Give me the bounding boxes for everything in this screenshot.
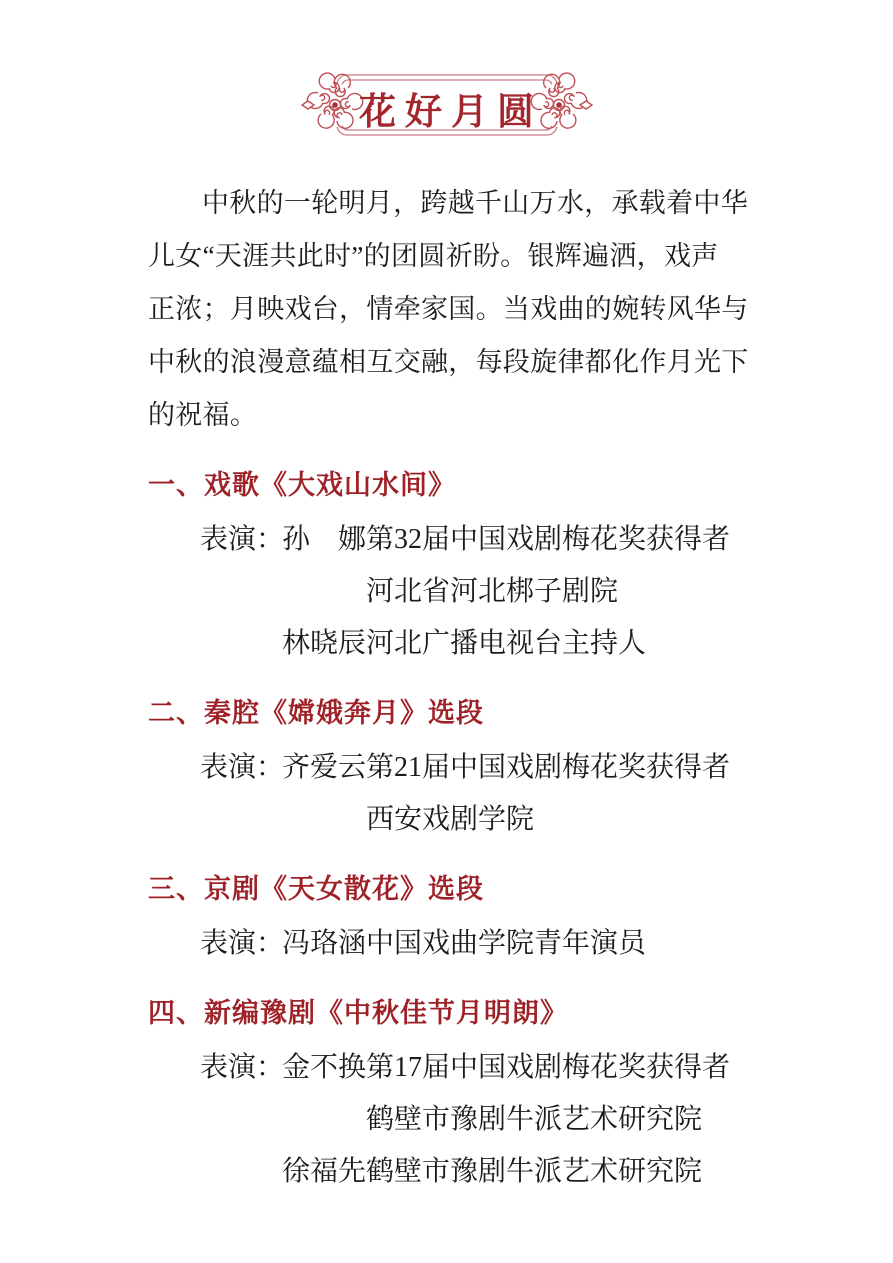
performer-label — [200, 566, 282, 618]
program-item-title: 二、秦腔《嫦娥奔月》选段 — [148, 696, 752, 730]
performer-name — [282, 566, 366, 618]
performer-row: 河北省河北梆子剧院 — [148, 566, 752, 618]
intro-line: 中秋的浪漫意蕴相互交融，每段旋律都化作月光下 — [148, 336, 752, 389]
performer-row: 林晓辰 河北广播电视台主持人 — [148, 618, 752, 670]
program-item-title: 一、戏歌《大戏山水间》 — [148, 468, 752, 502]
page-title: 花好月圆 — [297, 81, 597, 135]
performer-row: 鹤壁市豫剧牛派艺术研究院 — [148, 1094, 752, 1146]
intro-line: 的祝福。 — [148, 389, 752, 442]
performer-affiliation: 第21届中国戏剧梅花奖获得者 — [366, 742, 730, 794]
program-item-1: 一、戏歌《大戏山水间》 表演： 孙 娜 第32届中国戏剧梅花奖获得者 河北省河北… — [148, 468, 752, 670]
performer-label: 表演： — [200, 918, 282, 970]
performer-affiliation: 第17届中国戏剧梅花奖获得者 — [366, 1042, 730, 1094]
performer-label — [200, 1094, 282, 1146]
performer-label: 表演： — [200, 742, 282, 794]
content-column: 中秋的一轮明月，跨越千山万水，承载着中华 儿女“天涯共此时”的团圆祈盼。银辉遍洒… — [148, 177, 752, 1198]
performer-affiliation: 河北省河北梆子剧院 — [366, 566, 618, 618]
intro-line: 儿女“天涯共此时”的团圆祈盼。银辉遍洒，戏声 — [148, 230, 752, 283]
intro-line: 正浓；月映戏台，情牵家国。当戏曲的婉转风华与 — [148, 283, 752, 336]
performer-name: 冯珞涵 — [282, 918, 366, 970]
performer-name — [282, 794, 366, 846]
performer-affiliation: 河北广播电视台主持人 — [366, 618, 646, 670]
performer-row: 表演： 冯珞涵 中国戏曲学院青年演员 — [148, 918, 752, 970]
program-item-2: 二、秦腔《嫦娥奔月》选段 表演： 齐爱云 第21届中国戏剧梅花奖获得者 西安戏剧… — [148, 696, 752, 846]
program-page: 花好月圆 中秋的一轮明月，跨越千山万水，承载着中华 儿女“天涯共此时”的团圆祈盼… — [0, 0, 893, 1263]
performer-row: 表演： 孙 娜 第32届中国戏剧梅花奖获得者 — [148, 514, 752, 566]
performer-name — [282, 1094, 366, 1146]
performer-name: 金不换 — [282, 1042, 366, 1094]
performer-name: 齐爱云 — [282, 742, 366, 794]
performer-row: 表演： 金不换 第17届中国戏剧梅花奖获得者 — [148, 1042, 752, 1094]
performer-affiliation: 鹤壁市豫剧牛派艺术研究院 — [366, 1094, 702, 1146]
performer-label: 表演： — [200, 514, 282, 566]
performer-name: 孙 娜 — [282, 514, 366, 566]
performer-name: 徐福先 — [282, 1146, 366, 1198]
performer-affiliation: 中国戏曲学院青年演员 — [366, 918, 646, 970]
performer-row: 表演： 齐爱云 第21届中国戏剧梅花奖获得者 — [148, 742, 752, 794]
performer-label — [200, 1146, 282, 1198]
performer-affiliation: 第32届中国戏剧梅花奖获得者 — [366, 514, 730, 566]
performer-label: 表演： — [200, 1042, 282, 1094]
performer-label — [200, 794, 282, 846]
program-item-4: 四、新编豫剧《中秋佳节月明朗》 表演： 金不换 第17届中国戏剧梅花奖获得者 鹤… — [148, 996, 752, 1198]
performer-label — [200, 618, 282, 670]
title-banner: 花好月圆 — [297, 66, 597, 144]
performer-row: 西安戏剧学院 — [148, 794, 752, 846]
program-item-3: 三、京剧《天女散花》选段 表演： 冯珞涵 中国戏曲学院青年演员 — [148, 872, 752, 970]
performer-affiliation: 西安戏剧学院 — [366, 794, 534, 846]
program-item-title: 四、新编豫剧《中秋佳节月明朗》 — [148, 996, 752, 1030]
performer-affiliation: 鹤壁市豫剧牛派艺术研究院 — [366, 1146, 702, 1198]
intro-paragraph: 中秋的一轮明月，跨越千山万水，承载着中华 儿女“天涯共此时”的团圆祈盼。银辉遍洒… — [148, 177, 752, 442]
intro-line: 中秋的一轮明月，跨越千山万水，承载着中华 — [148, 177, 752, 230]
program-item-title: 三、京剧《天女散花》选段 — [148, 872, 752, 906]
performer-row: 徐福先 鹤壁市豫剧牛派艺术研究院 — [148, 1146, 752, 1198]
performer-name: 林晓辰 — [282, 618, 366, 670]
